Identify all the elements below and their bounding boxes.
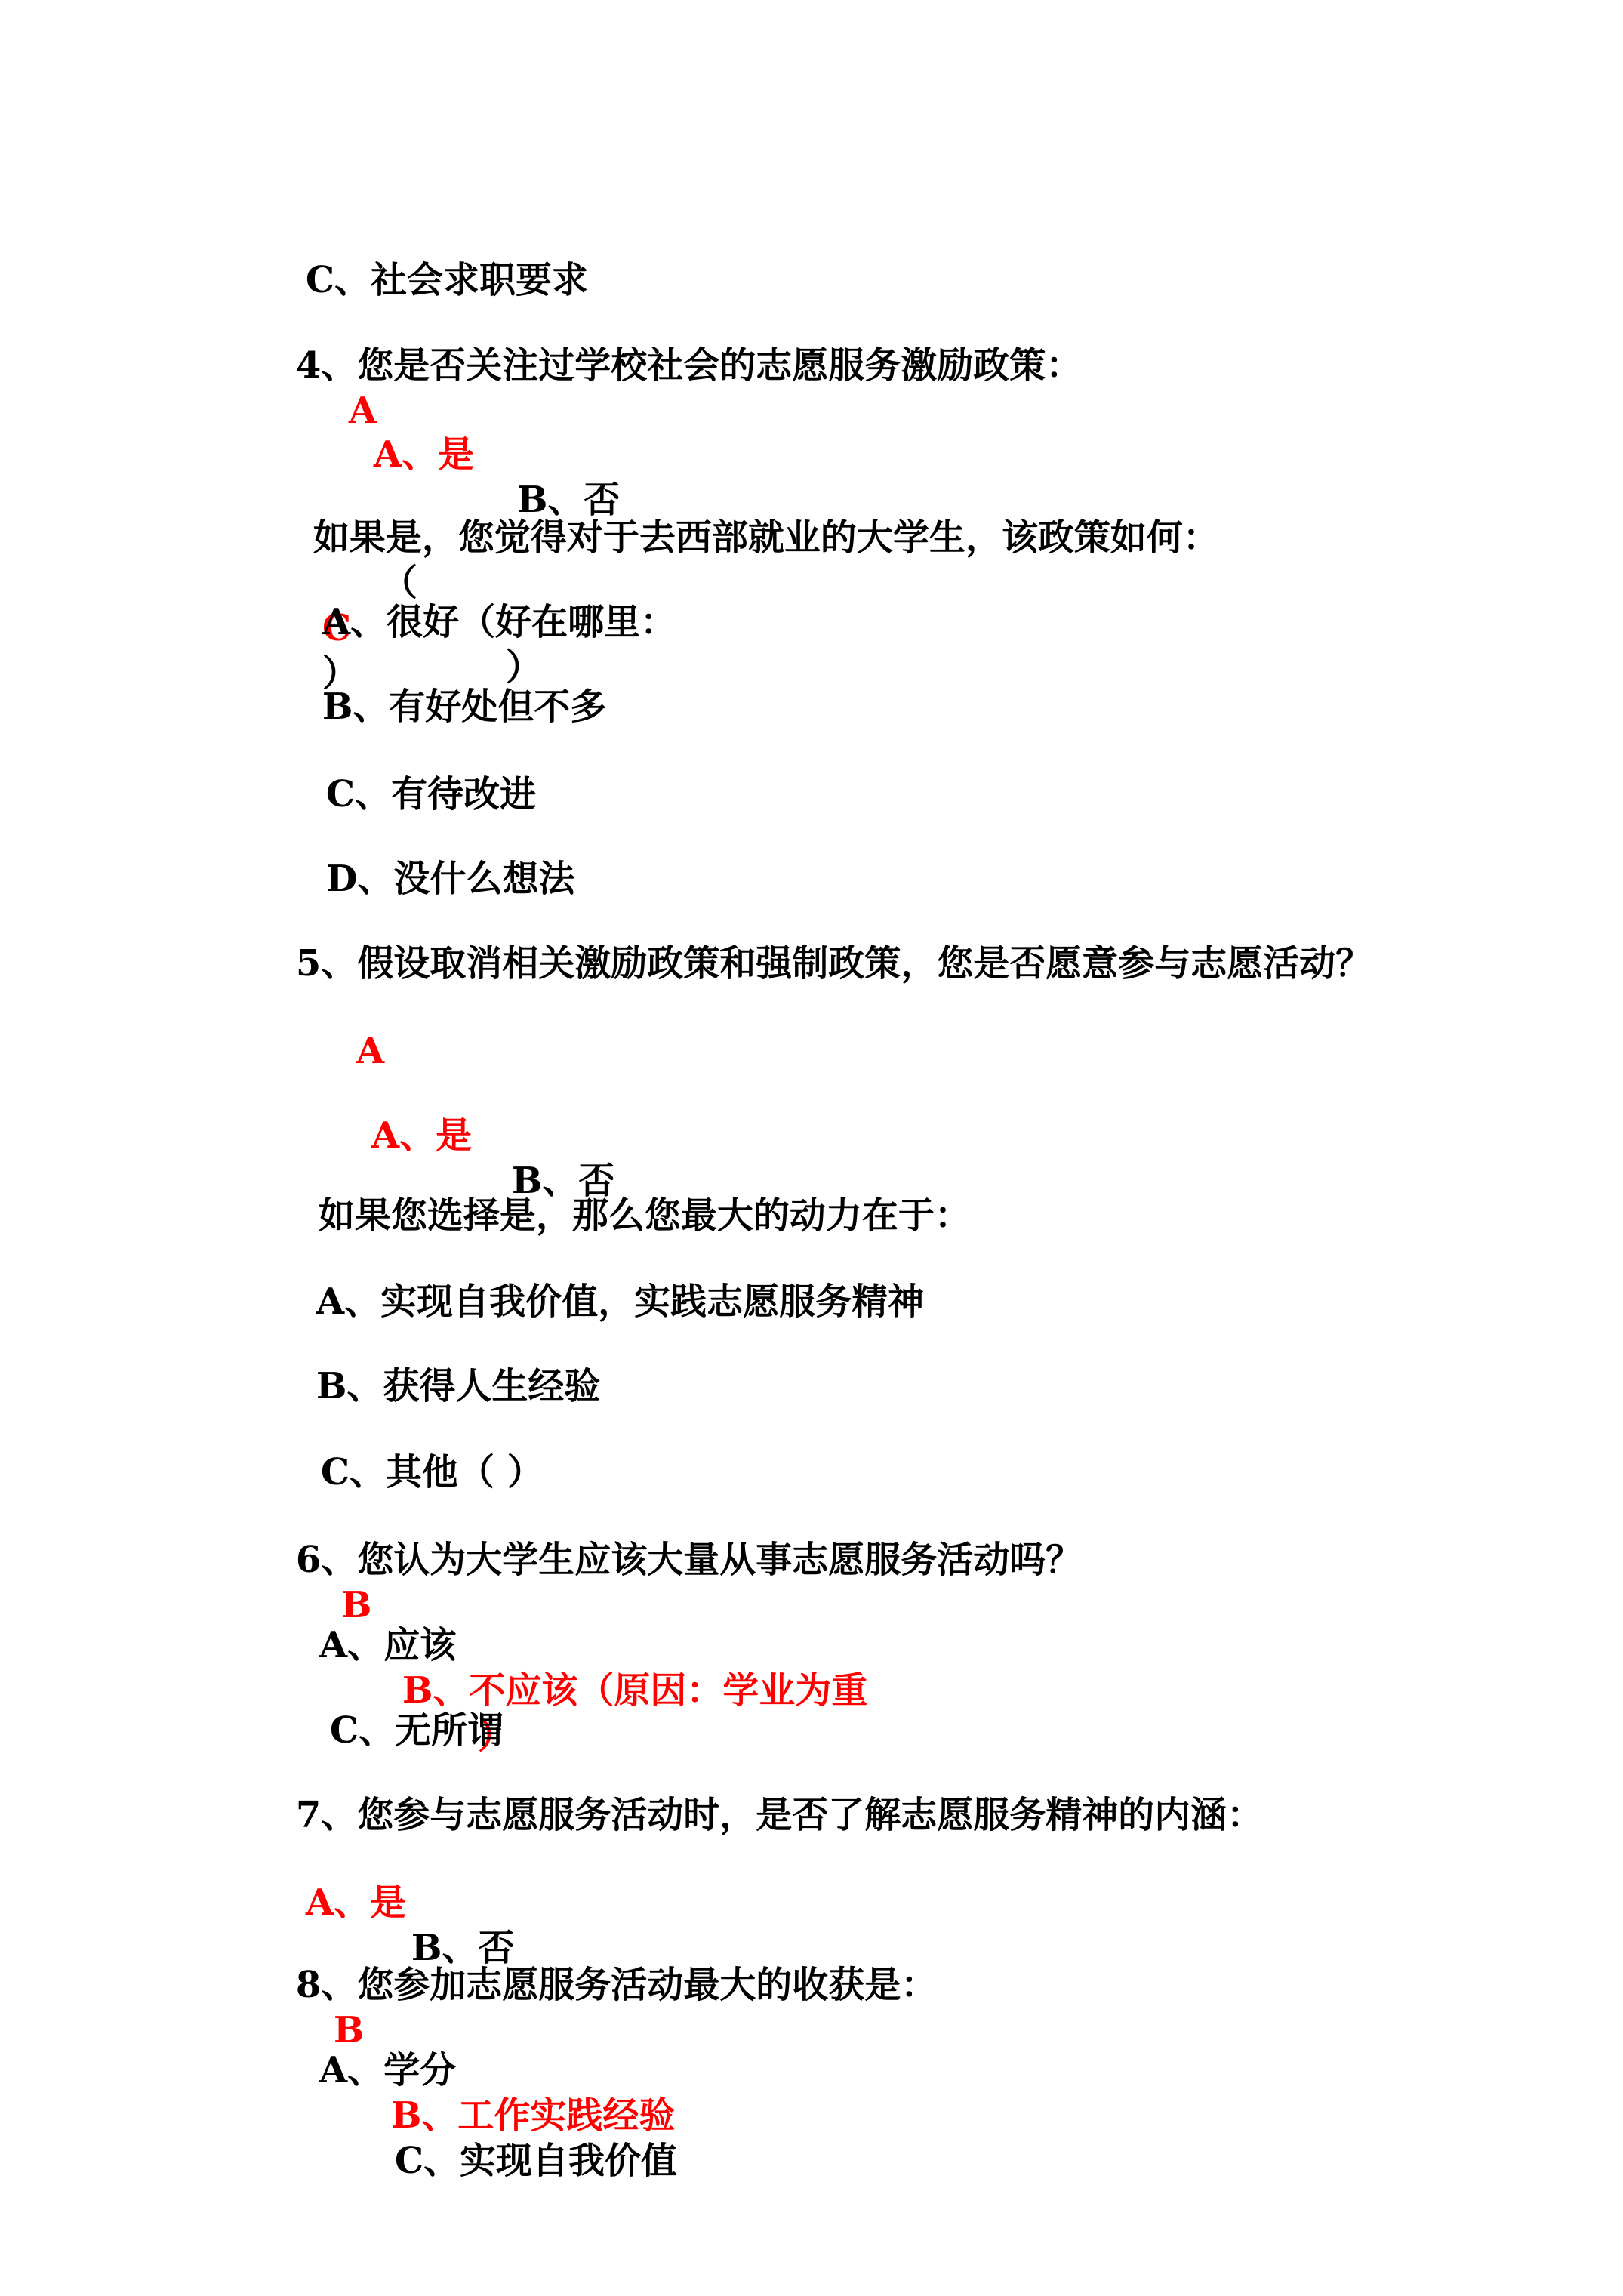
option-text: D、没什么想法 bbox=[326, 856, 575, 901]
question-4-followup-stem: 如果是，您觉得对于去西部就业的大学生，该政策如何： bbox=[313, 515, 1219, 560]
question-5: 5、假设取消相关激励政策和强制政策，您是否愿意参与志愿活动？ bbox=[245, 895, 1372, 1031]
question-8-stem: 8、您参加志愿服务活动最大的收获是： bbox=[296, 1962, 937, 2008]
option-a-credits: A、学分 bbox=[319, 2048, 456, 2093]
option-text: C、其他（ ） bbox=[321, 1450, 544, 1495]
question-8-options: A、学分 B、工作实践经验 C、实现自我价值 bbox=[269, 2002, 677, 2229]
option-a-should: A、应该 bbox=[319, 1623, 456, 1668]
question-7-stem: 7、您参与志愿服务活动时，是否了解志愿服务精神的内涵： bbox=[296, 1792, 1263, 1838]
question-5-followup-stem: 如果您选择是，那么您最大的动力在于： bbox=[319, 1193, 971, 1238]
option-c-self-value: C、实现自我价值 bbox=[395, 2138, 677, 2184]
answer-letter: A bbox=[356, 1028, 384, 1074]
option-text: B、有好处但不多 bbox=[322, 684, 607, 729]
question-5-stem: 5、假设取消相关激励政策和强制政策，您是否愿意参与志愿活动？ bbox=[296, 941, 1372, 986]
option-text: A、实现自我价值，实践志愿服务精神 bbox=[316, 1279, 924, 1324]
question-6-stem: 6、您认为大学生应该大量从事志愿服务活动吗？ bbox=[296, 1537, 1082, 1583]
option-text: A、很好（好在哪里： bbox=[322, 599, 676, 645]
option-text: C、社会求职要求 bbox=[306, 257, 588, 303]
document-page: C、社会求职要求 4、您是否关注过学校社会的志愿服务激励政策： A A、是 B、… bbox=[0, 0, 1623, 2296]
option-b-work-experience: B、工作实践经验 bbox=[391, 2093, 676, 2138]
question-4-stem: 4、您是否关注过学校社会的志愿服务激励政策： bbox=[296, 343, 1082, 388]
option-text: B、获得人生经验 bbox=[316, 1364, 601, 1409]
option-text: C、有待改进 bbox=[326, 772, 536, 817]
option-text: C、无所谓 bbox=[330, 1708, 504, 1753]
